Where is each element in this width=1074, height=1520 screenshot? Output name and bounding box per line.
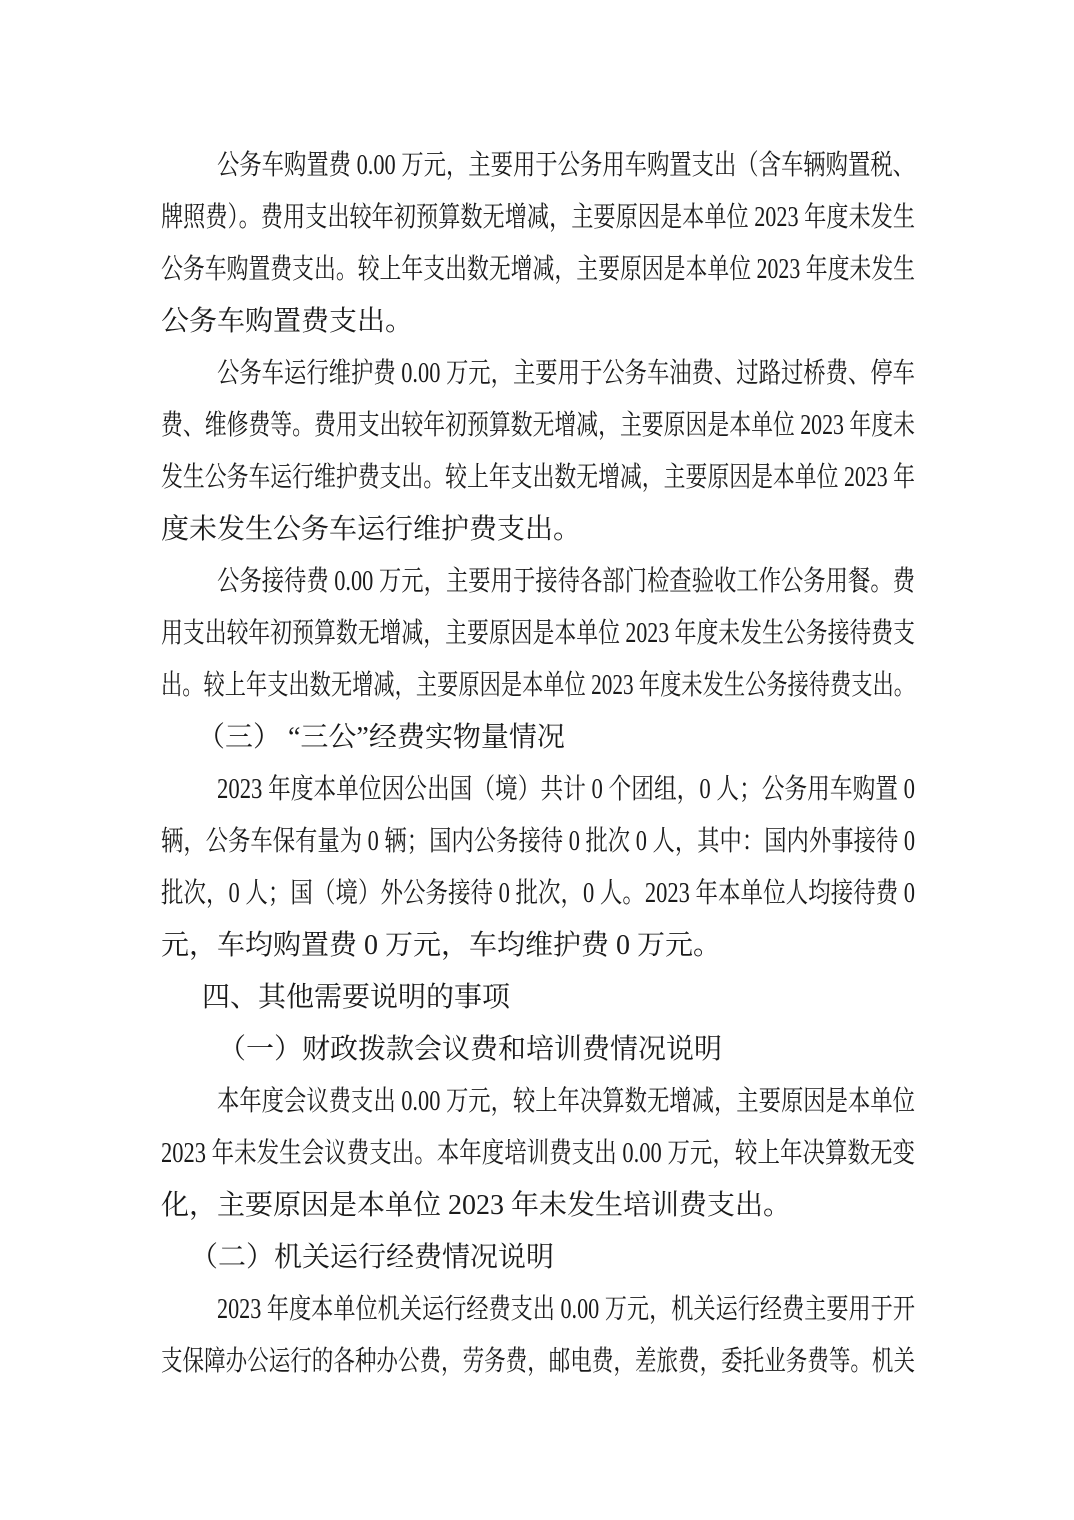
text-line: （三） “三公”经费实物量情况 xyxy=(161,712,915,764)
text-line-content: 支保障办公运行的各种办公费，劳务费，邮电费，差旅费，委托业务费等。机关 xyxy=(161,1336,915,1388)
text-line: 本年度会议费支出 0.00 万元，较上年决算数无增减，主要原因是本单位 xyxy=(161,1076,915,1128)
para-agency-operating-expense-details: 2023 年度本单位机关运行经费支出 0.00 万元，机关运行经费主要用于开支保… xyxy=(161,1284,915,1388)
text-line-content: 发生公务车运行维护费支出。较上年支出数无增减，主要原因是本单位 2023 年 xyxy=(161,452,915,504)
text-line: 用支出较年初预算数无增减，主要原因是本单位 2023 年度未发生公务接待费支 xyxy=(161,608,915,660)
text-line-content: 四、其他需要说明的事项 xyxy=(202,972,510,1024)
text-line: 公务车购置费支出。 xyxy=(161,296,915,348)
text-line-content: 用支出较年初预算数无增减，主要原因是本单位 2023 年度未发生公务接待费支 xyxy=(161,608,915,660)
text-line: 支保障办公运行的各种办公费，劳务费，邮电费，差旅费，委托业务费等。机关 xyxy=(161,1336,915,1388)
text-line: 批次，0 人；国（境）外公务接待 0 批次，0 人。2023 年本单位人均接待费… xyxy=(161,868,915,920)
text-line-content: 辆，公务车保有量为 0 辆；国内公务接待 0 批次 0 人，其中：国内外事接待 … xyxy=(161,816,915,868)
text-line: 公务车运行维护费 0.00 万元，主要用于公务车油费、过路过桥费、停车 xyxy=(161,348,915,400)
text-line-content: 2023 年度本单位机关运行经费支出 0.00 万元，机关运行经费主要用于开 xyxy=(217,1284,915,1336)
text-line: 公务车购置费 0.00 万元，主要用于公务用车购置支出（含车辆购置税、 xyxy=(161,140,915,192)
text-line-content: 2023 年未发生会议费支出。本年度培训费支出 0.00 万元，较上年决算数无变 xyxy=(161,1128,915,1180)
para-official-reception-fee: 公务接待费 0.00 万元，主要用于接待各部门检查验收工作公务用餐。费用支出较年… xyxy=(161,556,915,712)
text-line: 牌照费）。费用支出较年初预算数无增减，主要原因是本单位 2023 年度未发生 xyxy=(161,192,915,244)
text-line: 元，车均购置费 0 万元，车均维护费 0 万元。 xyxy=(161,920,915,972)
text-line: 2023 年度本单位机关运行经费支出 0.00 万元，机关运行经费主要用于开 xyxy=(161,1284,915,1336)
text-line-content: 公务车购置费支出。较上年支出数无增减，主要原因是本单位 2023 年度未发生 xyxy=(161,244,915,296)
text-line-content: （三） “三公”经费实物量情况 xyxy=(197,712,565,764)
text-line: 发生公务车运行维护费支出。较上年支出数无增减，主要原因是本单位 2023 年 xyxy=(161,452,915,504)
text-line-content: 公务车购置费支出。 xyxy=(161,296,413,348)
text-line: 化，主要原因是本单位 2023 年未发生培训费支出。 xyxy=(161,1180,915,1232)
para-official-vehicle-operation-maintenance-fee: 公务车运行维护费 0.00 万元，主要用于公务车油费、过路过桥费、停车费、维修费… xyxy=(161,348,915,556)
document-page: 公务车购置费 0.00 万元，主要用于公务用车购置支出（含车辆购置税、牌照费）。… xyxy=(0,0,1074,1520)
text-line-content: （二）机关运行经费情况说明 xyxy=(190,1232,554,1284)
text-line: （一）财政拨款会议费和培训费情况说明 xyxy=(161,1024,915,1076)
text-line-content: 本年度会议费支出 0.00 万元，较上年决算数无增减，主要原因是本单位 xyxy=(217,1076,915,1128)
text-line-content: 公务车购置费 0.00 万元，主要用于公务用车购置支出（含车辆购置税、 xyxy=(217,140,915,192)
text-line: 出。较上年支出数无增减，主要原因是本单位 2023 年度未发生公务接待费支出。 xyxy=(161,660,915,712)
text-line: 费、维修费等。费用支出较年初预算数无增减，主要原因是本单位 2023 年度未 xyxy=(161,400,915,452)
text-line: 辆，公务车保有量为 0 辆；国内公务接待 0 批次 0 人，其中：国内外事接待 … xyxy=(161,816,915,868)
text-line-content: 元，车均购置费 0 万元，车均维护费 0 万元。 xyxy=(161,920,721,972)
text-line: 公务车购置费支出。较上年支出数无增减，主要原因是本单位 2023 年度未发生 xyxy=(161,244,915,296)
text-line: 2023 年未发生会议费支出。本年度培训费支出 0.00 万元，较上年决算数无变 xyxy=(161,1128,915,1180)
text-line-content: 公务车运行维护费 0.00 万元，主要用于公务车油费、过路过桥费、停车 xyxy=(217,348,915,400)
text-line-content: 2023 年度本单位因公出国（境）共计 0 个团组，0 人；公务用车购置 0 xyxy=(217,764,915,816)
text-line-content: 化，主要原因是本单位 2023 年未发生培训费支出。 xyxy=(161,1180,791,1232)
para-meeting-training-fee-details: 本年度会议费支出 0.00 万元，较上年决算数无增减，主要原因是本单位2023 … xyxy=(161,1076,915,1232)
para-official-vehicle-purchase-fee: 公务车购置费 0.00 万元，主要用于公务用车购置支出（含车辆购置税、牌照费）。… xyxy=(161,140,915,348)
text-line-content: 牌照费）。费用支出较年初预算数无增减，主要原因是本单位 2023 年度未发生 xyxy=(161,192,915,244)
text-line-content: 费、维修费等。费用支出较年初预算数无增减，主要原因是本单位 2023 年度未 xyxy=(161,400,915,452)
text-line: （二）机关运行经费情况说明 xyxy=(161,1232,915,1284)
para-physical-quantity-details: 2023 年度本单位因公出国（境）共计 0 个团组，0 人；公务用车购置 0辆，… xyxy=(161,764,915,972)
heading-section-four-other-matters: 四、其他需要说明的事项 xyxy=(161,972,915,1024)
heading-agency-operating-expense-note: （二）机关运行经费情况说明 xyxy=(161,1232,915,1284)
text-line: 2023 年度本单位因公出国（境）共计 0 个团组，0 人；公务用车购置 0 xyxy=(161,764,915,816)
heading-three-public-funds-physical-quantity: （三） “三公”经费实物量情况 xyxy=(161,712,915,764)
text-line-content: 度未发生公务车运行维护费支出。 xyxy=(161,504,581,556)
heading-fiscal-meeting-training-fee-note: （一）财政拨款会议费和培训费情况说明 xyxy=(161,1024,915,1076)
text-line: 度未发生公务车运行维护费支出。 xyxy=(161,504,915,556)
text-line: 公务接待费 0.00 万元，主要用于接待各部门检查验收工作公务用餐。费 xyxy=(161,556,915,608)
text-line: 四、其他需要说明的事项 xyxy=(161,972,915,1024)
text-line-content: （一）财政拨款会议费和培训费情况说明 xyxy=(218,1024,722,1076)
text-line-content: 公务接待费 0.00 万元，主要用于接待各部门检查验收工作公务用餐。费 xyxy=(217,556,915,608)
text-line-content: 出。较上年支出数无增减，主要原因是本单位 2023 年度未发生公务接待费支出。 xyxy=(161,660,915,712)
text-line-content: 批次，0 人；国（境）外公务接待 0 批次，0 人。2023 年本单位人均接待费… xyxy=(161,868,915,920)
